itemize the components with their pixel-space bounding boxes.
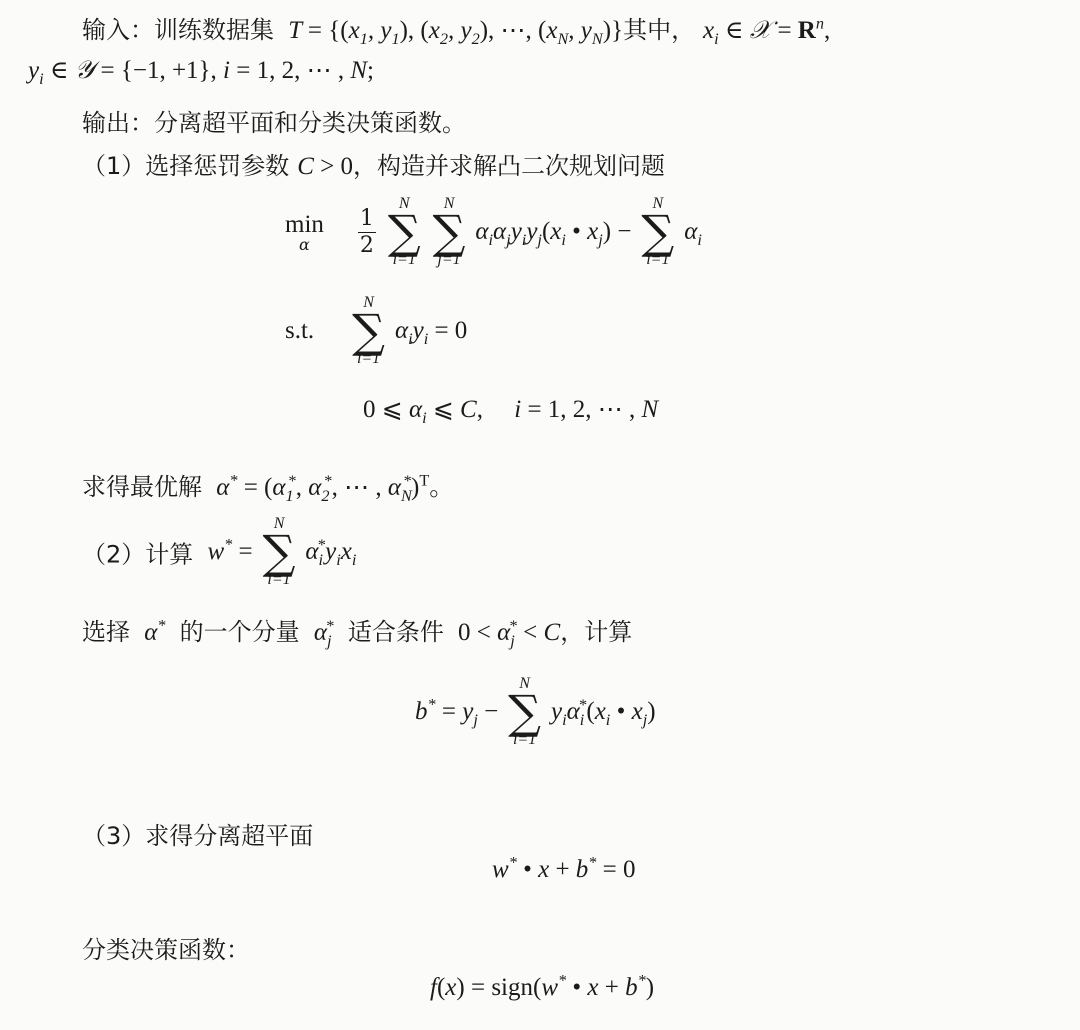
- step2-line: （2）计算 w* = N∑i=1 αi*yixi: [82, 516, 356, 588]
- step1-label: （1）选择惩罚参数: [82, 152, 289, 180]
- sum-i: N∑i=1: [388, 196, 421, 268]
- sum-j: N∑j=1: [433, 196, 466, 268]
- step1-line: （1）选择惩罚参数 C > 0，构造并求解凸二次规划问题: [82, 146, 665, 181]
- output-line: 输出：分离超平面和分类决策函数。: [82, 103, 466, 138]
- input-label: 输入：训练数据集: [82, 16, 274, 44]
- step1-text: ，构造并求解凸二次规划问题: [353, 152, 665, 180]
- select-component-line: 选择 α* 的一个分量 αj* 适合条件 0 < αj* < C，计算: [82, 612, 632, 647]
- decision-label: 分类决策函数：: [82, 930, 250, 965]
- optimal-solution-line: 求得最优解 α* = (α1*, α2*, ⋯ , αN*)T。: [82, 467, 454, 503]
- penalty-condition: C > 0: [297, 153, 353, 180]
- step3-label: （3）求得分离超平面: [82, 816, 313, 851]
- st-label: s.t.: [285, 317, 314, 344]
- x-domain-formula: xi ∈ 𝒳 = Rn,: [703, 17, 830, 44]
- step2-label: （2）计算: [82, 541, 193, 569]
- where-label: 其中，: [623, 16, 695, 44]
- half-fraction: 12: [358, 208, 376, 257]
- dataset-formula: T = {(x1, y1), (x2, y2), ⋯, (xN, yN)}: [282, 17, 623, 44]
- constraint-2: 0 ⩽ αi ⩽ C, i = 1, 2, ⋯ , N: [363, 394, 658, 424]
- alpha-star-formula: α* = (α1*, α2*, ⋯ , αN*)T。: [210, 474, 454, 501]
- y-domain-formula: yi ∈ 𝒴 = {−1, +1}, i = 1, 2, ⋯ , N;: [28, 55, 374, 85]
- min-operator: min α: [285, 212, 324, 253]
- sum-i-2: N∑i=1: [641, 196, 674, 268]
- input-line: 输入：训练数据集 T = {(x1, y1), (x2, y2), ⋯, (xN…: [82, 10, 830, 45]
- b-star-formula: b* = yj − N∑i=1 yiαi*(xi • xj): [415, 676, 656, 748]
- sum-b: N∑i=1: [508, 676, 541, 748]
- sum-constraint: N∑i=1: [352, 295, 385, 367]
- result-label: 求得最优解: [82, 473, 202, 501]
- sum-w: N∑i=1: [263, 516, 296, 588]
- decision-function-formula: f(x) = sign(w* • x + b*): [430, 974, 654, 1002]
- objective-formula: min α 12 N∑i=1 N∑j=1 αiαjyiyj(xi • xj) −…: [285, 196, 702, 268]
- constraint-1: s.t. N∑i=1 αiyi = 0: [285, 295, 467, 367]
- hyperplane-formula: w* • x + b* = 0: [492, 856, 636, 884]
